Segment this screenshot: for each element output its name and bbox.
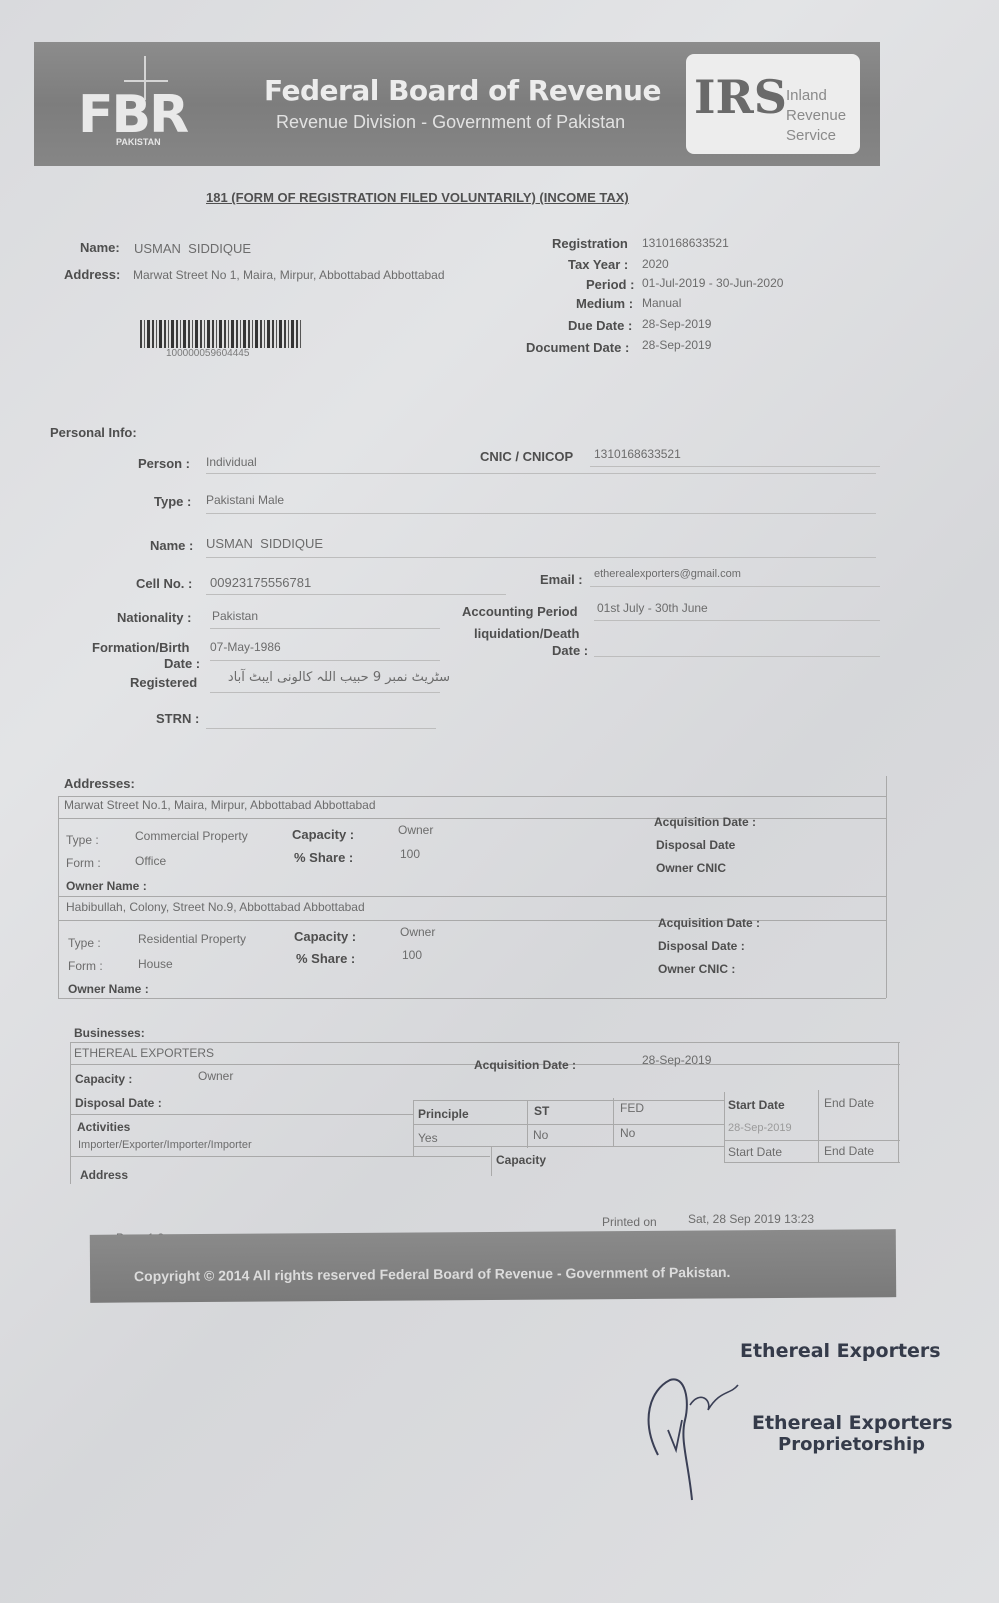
address-1-disposal-label: Disposal Date — [656, 838, 735, 852]
address-2-line: Habibullah, Colony, Street No.9, Abbotta… — [66, 900, 365, 914]
cell-start-date: 28-Sep-2019 — [728, 1122, 792, 1134]
personal-name-label: Name : — [150, 538, 193, 553]
address-label: Address: — [64, 267, 120, 282]
business-capacity-value: Owner — [198, 1069, 233, 1083]
fbr-star-icon-h — [124, 80, 168, 82]
address-2-form-label: Form : — [68, 959, 103, 973]
stamp-line-3: Proprietorship — [778, 1434, 925, 1455]
registration-label: Registration — [552, 236, 628, 251]
address-2-acquisition-label: Acquisition Date : — [658, 916, 760, 930]
address-2-owner-cnic-label: Owner CNIC : — [658, 962, 735, 976]
liquidation-label-date: Date : — [552, 643, 588, 658]
due-date-value: 28-Sep-2019 — [642, 317, 711, 331]
address-2-share-label: % Share : — [296, 951, 355, 966]
business-acquisition-label: Acquisition Date : — [474, 1058, 576, 1072]
cnic-value: 1310168633521 — [594, 447, 681, 461]
nationality-value: Pakistan — [212, 609, 258, 623]
signature-icon — [630, 1360, 760, 1510]
address-2-type-label: Type : — [68, 936, 101, 950]
email-value: etherealexporters@gmail.com — [594, 568, 741, 580]
table-capacity-label: Capacity — [496, 1153, 546, 1167]
business-name: ETHEREAL EXPORTERS — [74, 1046, 214, 1060]
fbr-logo-subtext: PAKISTAN — [116, 137, 161, 147]
business-activities-label: Activities — [77, 1120, 130, 1134]
col-st: ST — [534, 1104, 549, 1118]
birth-label: Formation/Birth — [92, 640, 190, 655]
address-2-capacity-label: Capacity : — [294, 929, 356, 944]
address-1-type-label: Type : — [66, 833, 99, 847]
table-end-date-2: End Date — [824, 1144, 874, 1158]
businesses-heading: Businesses: — [74, 1026, 145, 1040]
period-label: Period : — [586, 277, 634, 292]
cell-label: Cell No. : — [136, 576, 192, 591]
document-date-label: Document Date : — [526, 340, 629, 355]
col-principle: Principle — [418, 1107, 469, 1121]
address-1-share-label: % Share : — [294, 850, 353, 865]
person-value: Individual — [206, 455, 257, 469]
col-end-date: End Date — [824, 1096, 874, 1110]
birth-value: 07-May-1986 — [210, 640, 281, 654]
cnic-label: CNIC / CNICOP — [480, 449, 573, 464]
printed-on-label: Printed on — [602, 1215, 657, 1229]
table-start-date-2: Start Date — [728, 1145, 782, 1159]
business-disposal-label: Disposal Date : — [75, 1096, 162, 1110]
address-1-acquisition-label: Acquisition Date : — [654, 815, 756, 829]
tax-year-value: 2020 — [642, 257, 669, 271]
address-1-share-value: 100 — [400, 847, 420, 861]
type-value: Pakistani Male — [206, 493, 284, 507]
cell-fed: No — [620, 1126, 635, 1140]
address-2-owner-name-label: Owner Name : — [68, 982, 149, 996]
address-1-line: Marwat Street No.1, Maira, Mirpur, Abbot… — [64, 798, 376, 812]
birth-label-date: Date : — [164, 656, 200, 671]
stamp-line-1: Ethereal Exporters — [740, 1340, 941, 1362]
address-2-capacity-value: Owner — [400, 925, 435, 939]
tax-year-label: Tax Year : — [568, 257, 628, 272]
due-date-label: Due Date : — [568, 318, 632, 333]
name-label: Name: — [80, 240, 120, 255]
header-title: Federal Board of Revenue — [264, 74, 661, 107]
cell-st: No — [533, 1128, 548, 1142]
medium-value: Manual — [642, 296, 681, 310]
address-2-type-value: Residential Property — [138, 932, 246, 946]
nationality-label: Nationality : — [117, 610, 191, 625]
email-label: Email : — [540, 572, 583, 587]
liquidation-label: liquidation/Death — [474, 626, 579, 641]
col-fed: FED — [620, 1101, 644, 1115]
irs-logo-icon: IRS — [694, 70, 787, 124]
business-acquisition-value: 28-Sep-2019 — [642, 1053, 711, 1067]
address-2-share-value: 100 — [402, 948, 422, 962]
type-label: Type : — [154, 494, 191, 509]
strn-label: STRN : — [156, 711, 199, 726]
business-address-label: Address — [80, 1168, 128, 1182]
cell-principle: Yes — [418, 1131, 438, 1145]
medium-label: Medium : — [576, 296, 633, 311]
personal-name-value: USMAN SIDDIQUE — [206, 536, 323, 551]
address-1-type-value: Commercial Property — [135, 829, 248, 843]
address-2-form-value: House — [138, 957, 173, 971]
address-1-capacity-label: Capacity : — [292, 827, 354, 842]
header-subtitle: Revenue Division - Government of Pakista… — [276, 112, 625, 133]
registered-label: Registered — [130, 675, 197, 690]
form-title: 181 (FORM OF REGISTRATION FILED VOLUNTAR… — [206, 190, 629, 205]
fbr-logo: FBR — [78, 85, 187, 145]
col-start-date: Start Date — [728, 1098, 785, 1112]
address-1-form-value: Office — [135, 854, 166, 868]
registered-value: سٹریٹ نمبر 9 حبیب اللہ کالونی ایبٹ آباد — [210, 670, 450, 685]
address-2-disposal-label: Disposal Date : — [658, 939, 745, 953]
address-1-capacity-value: Owner — [398, 823, 433, 837]
person-label: Person : — [138, 456, 190, 471]
accounting-period-value: 01st July - 30th June — [597, 601, 708, 615]
period-value: 01-Jul-2019 - 30-Jun-2020 — [642, 276, 783, 290]
business-capacity-label: Capacity : — [75, 1072, 132, 1086]
address-1-owner-name-label: Owner Name : — [66, 879, 147, 893]
accounting-period-label: Accounting Period — [462, 604, 578, 619]
business-activities-value: Importer/Exporter/Importer/Importer — [78, 1139, 252, 1151]
name-value: USMAN SIDDIQUE — [134, 241, 251, 256]
address-1-form-label: Form : — [66, 856, 101, 870]
registration-value: 1310168633521 — [642, 236, 729, 250]
printed-on-value: Sat, 28 Sep 2019 13:23 — [688, 1212, 814, 1226]
document-date-value: 28-Sep-2019 — [642, 338, 711, 352]
address-value: Marwat Street No 1, Maira, Mirpur, Abbot… — [133, 268, 445, 282]
cell-value: 00923175556781 — [210, 575, 311, 590]
stamp-line-2: Ethereal Exporters — [752, 1412, 953, 1434]
barcode — [140, 320, 302, 348]
irs-text: Inland Revenue Service — [786, 86, 846, 146]
address-1-owner-cnic-label: Owner CNIC — [656, 861, 726, 875]
personal-info-heading: Personal Info: — [50, 425, 137, 440]
barcode-number: 100000059604445 — [166, 348, 249, 359]
